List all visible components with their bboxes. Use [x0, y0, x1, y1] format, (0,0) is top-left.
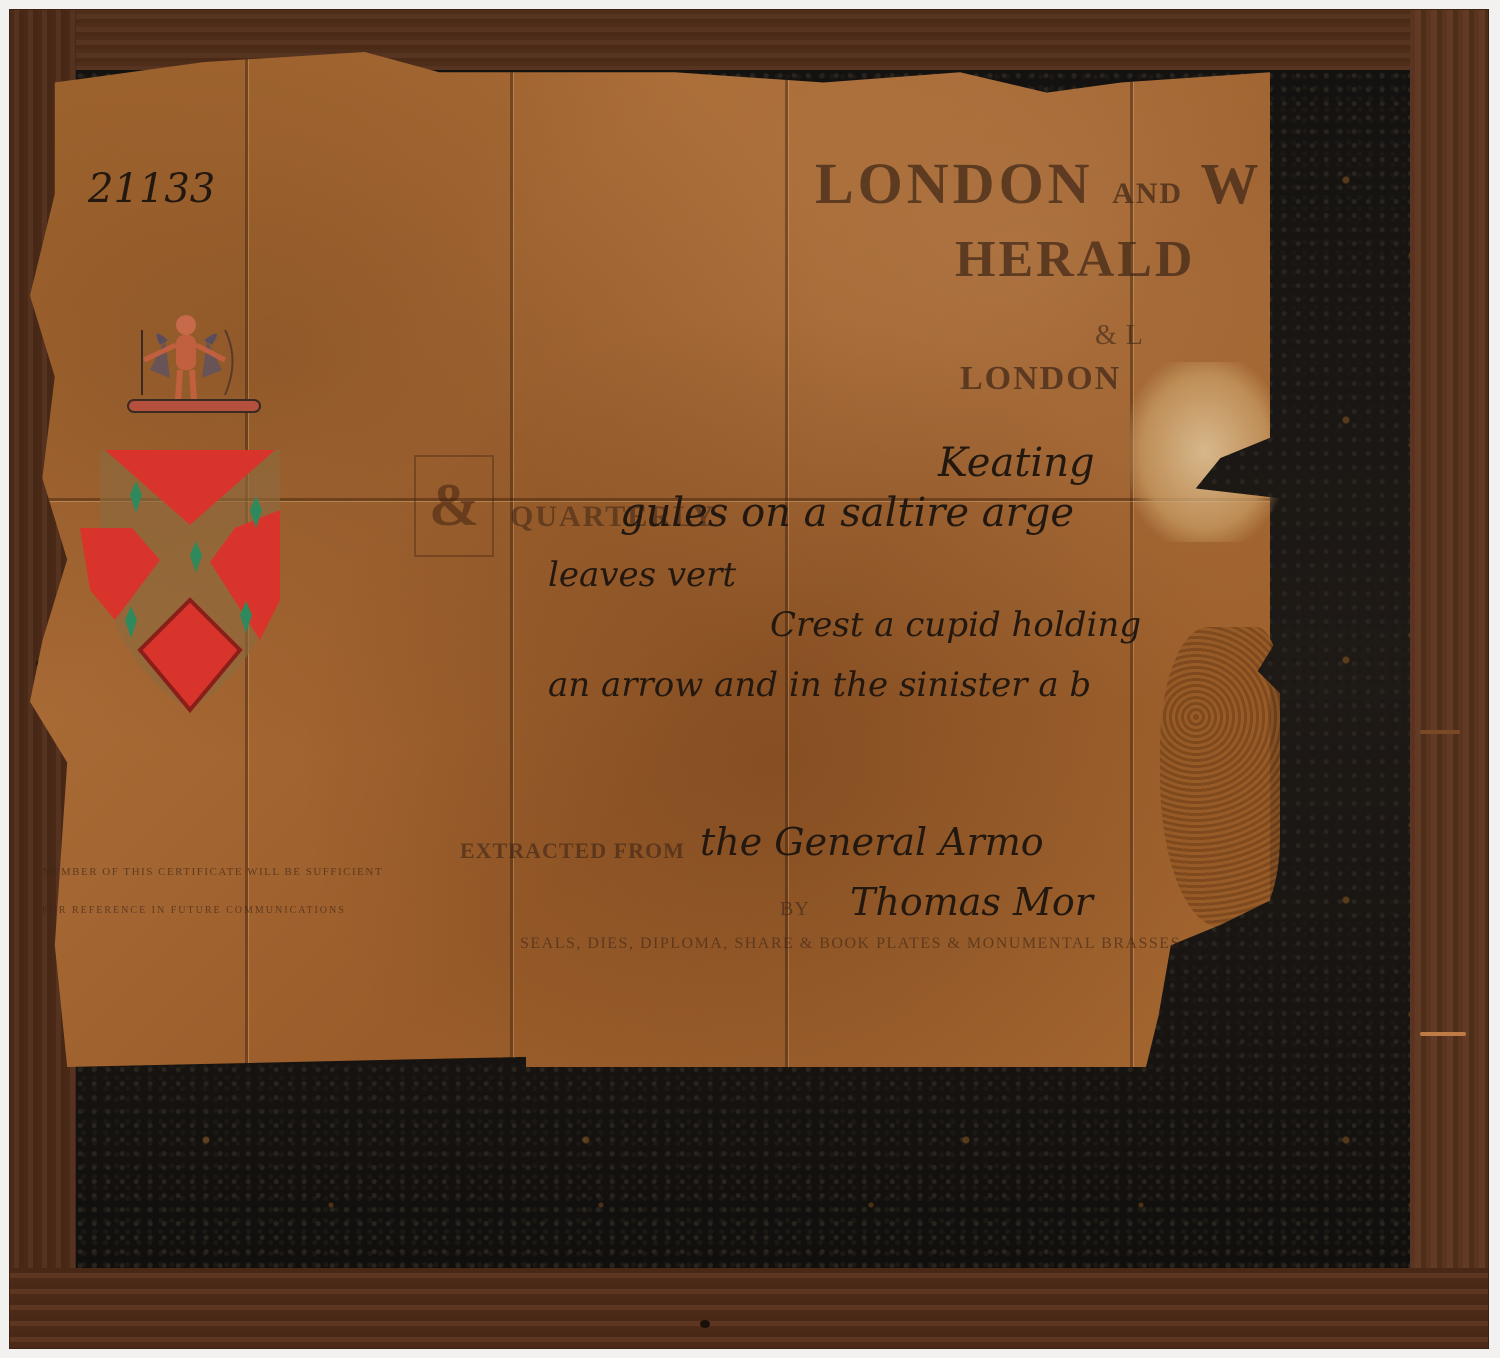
crest-line-1: Crest a cupid holding — [770, 605, 1141, 645]
header-line-3: & L — [1095, 320, 1144, 352]
blazon-line-1: gules on a saltire arge — [620, 490, 1074, 536]
extracted-label: EXTRACTED FROM — [460, 838, 685, 864]
family-name: Keating — [938, 440, 1095, 486]
shield-icon — [80, 450, 280, 710]
nail — [1420, 1032, 1466, 1036]
header-and: AND — [1112, 177, 1183, 210]
footnote-line-2: FOR REFERENCE IN FUTURE COMMUNICATIONS — [42, 905, 346, 916]
header-london: LONDON — [815, 151, 1094, 216]
frame-right-rail — [1410, 10, 1488, 1348]
cupid-crest-icon — [128, 315, 260, 412]
header-fragment: W — [1201, 151, 1263, 216]
crest-line-2: an arrow and in the sinister a b — [548, 665, 1091, 705]
certificate-number: 21133 — [88, 166, 215, 212]
header-line-1: LONDON AND W — [815, 150, 1263, 217]
extracted-source: the General Armo — [700, 820, 1044, 864]
blazon-line-2: leaves vert — [548, 555, 736, 595]
coat-of-arms — [60, 300, 320, 720]
printed-ornament-box: & — [414, 455, 494, 557]
footnote-line-1: NUMBER OF THIS CERTIFICATE WILL BE SUFFI… — [42, 866, 383, 878]
trades-line: SEALS, DIES, DIPLOMA, SHARE & BOOK PLATE… — [520, 935, 1181, 953]
header-herald: HERALD — [955, 230, 1195, 289]
frame-bottom-rail — [10, 1268, 1488, 1348]
signature: Thomas Mor — [850, 880, 1093, 924]
fold-line — [510, 52, 513, 1067]
header-london-address: LONDON — [960, 360, 1121, 398]
nail — [1420, 730, 1460, 734]
ornament-glyph: & — [416, 471, 492, 540]
by-label: BY — [780, 898, 810, 921]
nail-hole — [700, 1320, 710, 1328]
